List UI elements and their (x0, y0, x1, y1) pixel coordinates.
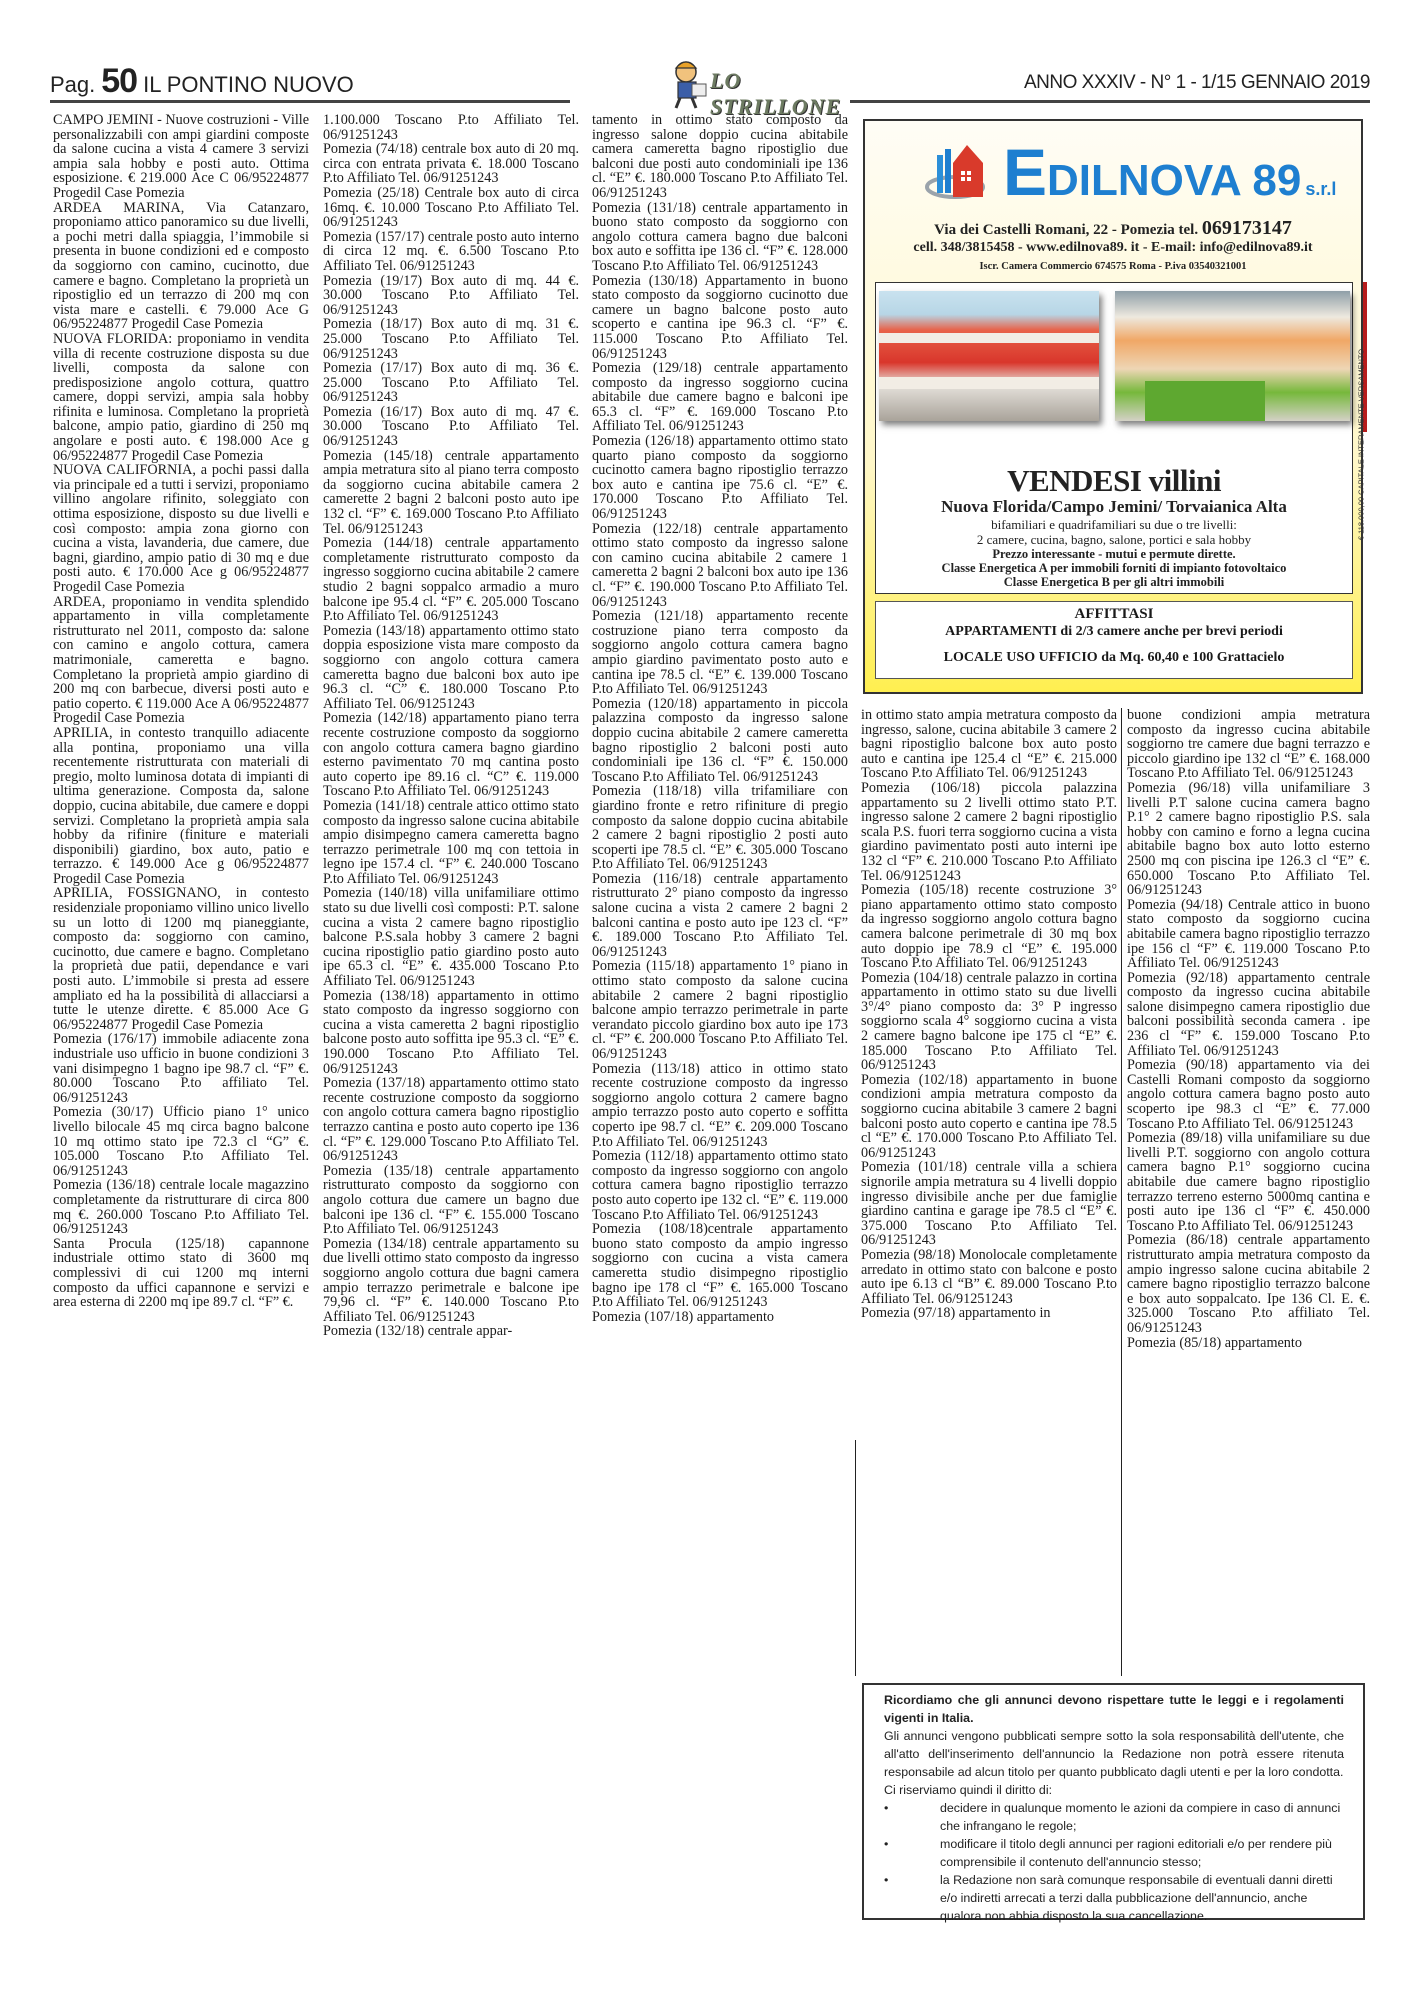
listing: Pomezia (134/18) centrale appartamento s… (323, 1237, 579, 1325)
listing: Pomezia (130/18) Appartamento in buono s… (592, 274, 848, 362)
disclaimer-notice: Ricordiamo che gli annunci devono rispet… (862, 1683, 1365, 1920)
listing: Pomezia (90/18) appartamento via dei Cas… (1127, 1058, 1370, 1131)
listing: Pomezia (118/18) villa trifamiliare con … (592, 784, 848, 872)
listing: Pomezia (85/18) appartamento (1127, 1336, 1370, 1351)
listing: Pomezia (138/18) appartamento in ottimo … (323, 989, 579, 1077)
listing: Pomezia (30/17) Ufficio piano 1° unico l… (53, 1105, 309, 1178)
listing: Pomezia (16/17) Box auto di mq. 47 €. 30… (323, 405, 579, 449)
rent-line-1: APPARTAMENTI di 2/3 camere anche per bre… (876, 624, 1352, 640)
sale-line-2: 2 camere, cucina, bagno, salone, portici… (876, 532, 1352, 548)
page-number: 50 (101, 62, 137, 100)
listing: Pomezia (94/18) Centrale attico in buono… (1127, 898, 1370, 971)
ad-sale-panel: VENDESI villini Nuova Florida/Campo Jemi… (875, 282, 1353, 594)
ad-registration: Iscr. Camera Commercio 674575 Roma - P.i… (865, 261, 1361, 272)
listing: Pomezia (131/18) centrale appartamento i… (592, 201, 848, 274)
listing: Pomezia (74/18) centrale box auto di 20 … (323, 142, 579, 186)
listing: APRILIA, FOSSIGNANO, in contesto residen… (53, 886, 309, 1032)
edilnova-logo: EDILNOVA 89s.r.l (925, 139, 1325, 209)
listing: Pomezia (143/18) appartamento ottimo sta… (323, 624, 579, 712)
listing: 1.100.000 Toscano P.to Affiliato Tel. 06… (323, 113, 579, 142)
listings-column-1: CAMPO JEMINI - Nuove costruzioni - Ville… (53, 113, 309, 1310)
listing: Pomezia (97/18) appartamento in (861, 1306, 1117, 1321)
issue-info: ANNO XXXIV - N° 1 - 1/15 GENNAIO 2019 (1024, 72, 1370, 94)
bullet-icon: • (884, 1799, 940, 1835)
page-header: Pag.50IL PONTINO NUOVO LO STRILLONE ANNO… (50, 62, 1370, 102)
brand-initial: E (1003, 135, 1047, 209)
listing: Pomezia (106/18) piccola palazzina appar… (861, 781, 1117, 883)
ad-address: Via dei Castelli Romani, 22 - Pomezia te… (865, 217, 1361, 240)
rent-line-2: LOCALE USO UFFICIO da Mq. 60,40 e 100 Gr… (876, 650, 1352, 666)
publication-title: IL PONTINO NUOVO (143, 72, 354, 97)
listing: Pomezia (107/18) appartamento (592, 1310, 848, 1325)
capital-note-text: € 118.000,00 CAPITALE INTERAMENTE VERSAM… (1357, 295, 1366, 595)
notice-bullet: •modificare il titolo degli annunci per … (884, 1835, 1344, 1871)
listing: Pomezia (115/18) appartamento 1° piano i… (592, 959, 848, 1061)
listing: Pomezia (96/18) villa unifamiliare 3 liv… (1127, 781, 1370, 898)
villa-photo-garden (1115, 291, 1350, 421)
listing: Pomezia (144/18) centrale appartamento c… (323, 536, 579, 624)
listing: Santa Procula (125/18) capannone industr… (53, 1237, 309, 1310)
address-text: Via dei Castelli Romani, 22 - Pomezia te… (934, 222, 1198, 238)
listing: ARDEA, proponiamo in vendita splendido a… (53, 595, 309, 726)
notice-bullet: •decidere in qualunque momento le azioni… (884, 1799, 1344, 1835)
listing: Pomezia (104/18) centrale palazzo in cor… (861, 971, 1117, 1073)
listings-column-2: 1.100.000 Toscano P.to Affiliato Tel. 06… (323, 113, 579, 1339)
listing: Pomezia (89/18) villa unifamiliare su du… (1127, 1131, 1370, 1233)
listing: CAMPO JEMINI - Nuove costruzioni - Ville… (53, 113, 309, 201)
listing: Pomezia (157/17) centrale posto auto int… (323, 230, 579, 274)
listing: Pomezia (25/18) Centrale box auto di cir… (323, 186, 579, 230)
bullet-text: decidere in qualunque momento le azioni … (940, 1799, 1344, 1835)
listing: ARDEA MARINA, Via Catanzaro, proponiamo … (53, 201, 309, 332)
listing: Pomezia (105/18) recente costruzione 3° … (861, 883, 1117, 971)
ad-rent-panel: AFFITTASI APPARTAMENTI di 2/3 camere anc… (875, 601, 1353, 679)
listing: Pomezia (137/18) appartamento ottimo sta… (323, 1076, 579, 1164)
energy-class-a: Classe Energetica A per immobili forniti… (876, 561, 1352, 576)
listings-column-4: in ottimo stato ampia metratura composto… (861, 708, 1117, 1321)
listing: Pomezia (145/18) centrale appartamento a… (323, 449, 579, 537)
listing: Pomezia (135/18) centrale appartamento r… (323, 1164, 579, 1237)
listing: Pomezia (112/18) appartamento ottimo sta… (592, 1149, 848, 1222)
bullet-text: la Redazione non sarà comunque responsab… (940, 1871, 1344, 1925)
listing: Pomezia (121/18) appartamento recente co… (592, 609, 848, 697)
listing: Pomezia (86/18) centrale appartamento ri… (1127, 1233, 1370, 1335)
notice-title: Ricordiamo che gli annunci devono rispet… (884, 1691, 1344, 1727)
sale-price-note: Prezzo interessante - mutui e permute di… (876, 547, 1352, 562)
listing: NUOVA FLORIDA: proponiamo in vendita vil… (53, 332, 309, 463)
listing: Pomezia (140/18) villa unifamiliare otti… (323, 886, 579, 988)
listing: Pomezia (129/18) centrale appartamento c… (592, 361, 848, 434)
column-divider (855, 1440, 856, 1676)
listings-column-3: tamento in ottimo stato composto da ingr… (592, 113, 848, 1324)
listing: Pomezia (142/18) appartamento piano terr… (323, 711, 579, 799)
rent-title: AFFITTASI (876, 606, 1352, 623)
listing: NUOVA CALIFORNIA, a pochi passi dalla vi… (53, 463, 309, 594)
sale-line-1: bifamiliari e quadrifamiliari su due o t… (876, 517, 1352, 533)
phone-number: 069173147 (1202, 217, 1292, 239)
listing: tamento in ottimo stato composto da ingr… (592, 113, 848, 201)
listing: APRILIA, in contesto tranquillo adiacent… (53, 726, 309, 887)
edilnova-brand: EDILNOVA 89s.r.l (1003, 139, 1336, 206)
listing: Pomezia (136/18) centrale locale magazzi… (53, 1178, 309, 1236)
lo-strillone-logo: LO STRILLONE (662, 54, 842, 110)
ad-contacts: cell. 348/3815458 - www.edilnova89. it -… (865, 240, 1361, 256)
listing: Pomezia (120/18) appartamento in piccola… (592, 697, 848, 785)
listing: Pomezia (17/17) Box auto di mq. 36 €. 25… (323, 361, 579, 405)
listing: in ottimo stato ampia metratura composto… (861, 708, 1117, 781)
notice-paragraph: Gli annunci vengono pubblicati sempre so… (884, 1727, 1344, 1781)
header-rule-left (50, 100, 570, 103)
bullet-text: modificare il titolo degli annunci per r… (940, 1835, 1344, 1871)
listing: Pomezia (126/18) appartamento ottimo sta… (592, 434, 848, 522)
listing: Pomezia (18/17) Box auto di mq. 31 €. 25… (323, 317, 579, 361)
listing: Pomezia (92/18) appartamento centrale co… (1127, 971, 1370, 1059)
notice-rights-intro: Ci riserviamo quindi il diritto di: (884, 1781, 1344, 1799)
header-rule-right (850, 100, 1370, 103)
notice-bullet: •la Redazione non sarà comunque responsa… (884, 1871, 1344, 1925)
listing: Pomezia (101/18) centrale villa a schier… (861, 1160, 1117, 1248)
edilnova-advertisement: EDILNOVA 89s.r.l Via dei Castelli Romani… (863, 119, 1363, 694)
page-label: Pag.50IL PONTINO NUOVO (50, 62, 354, 101)
energy-class-b: Classe Energetica B per gli altri immobi… (876, 575, 1352, 590)
vendesi-headline: VENDESI villini (876, 463, 1352, 499)
house-logo-icon (925, 141, 989, 203)
listings-column-5: buone condizioni ampia metratura compost… (1127, 708, 1370, 1350)
listing: Pomezia (132/18) centrale appar- (323, 1324, 579, 1339)
listing: Pomezia (176/17) immobile adiacente zona… (53, 1032, 309, 1105)
bullet-icon: • (884, 1871, 940, 1925)
listing: Pomezia (122/18) centrale appartamento o… (592, 522, 848, 610)
listing: Pomezia (141/18) centrale attico ottimo … (323, 799, 579, 887)
listing: Pomezia (19/17) Box auto di mq. 44 €. 30… (323, 274, 579, 318)
brand-suffix: s.r.l (1305, 179, 1336, 199)
column-divider (1121, 708, 1122, 1676)
capital-note: € 118.000,00 CAPITALE INTERAMENTE VERSAM… (1351, 296, 1363, 596)
villa-photo-red (879, 291, 1099, 421)
listing: Pomezia (98/18) Monolocale completamente… (861, 1248, 1117, 1306)
listing: Pomezia (102/18) appartamento in buone c… (861, 1073, 1117, 1161)
listing: Pomezia (108/18)centrale appartamento bu… (592, 1222, 848, 1310)
brand-name: DILNOVA 89 (1047, 156, 1301, 205)
page-prefix: Pag. (50, 72, 95, 97)
listing: Pomezia (113/18) attico in ottimo stato … (592, 1062, 848, 1150)
listing: Pomezia (116/18) centrale appartamento r… (592, 872, 848, 960)
bullet-icon: • (884, 1835, 940, 1871)
listing: buone condizioni ampia metratura compost… (1127, 708, 1370, 781)
sale-locations: Nuova Florida/Campo Jemini/ Torvaianica … (876, 497, 1352, 517)
